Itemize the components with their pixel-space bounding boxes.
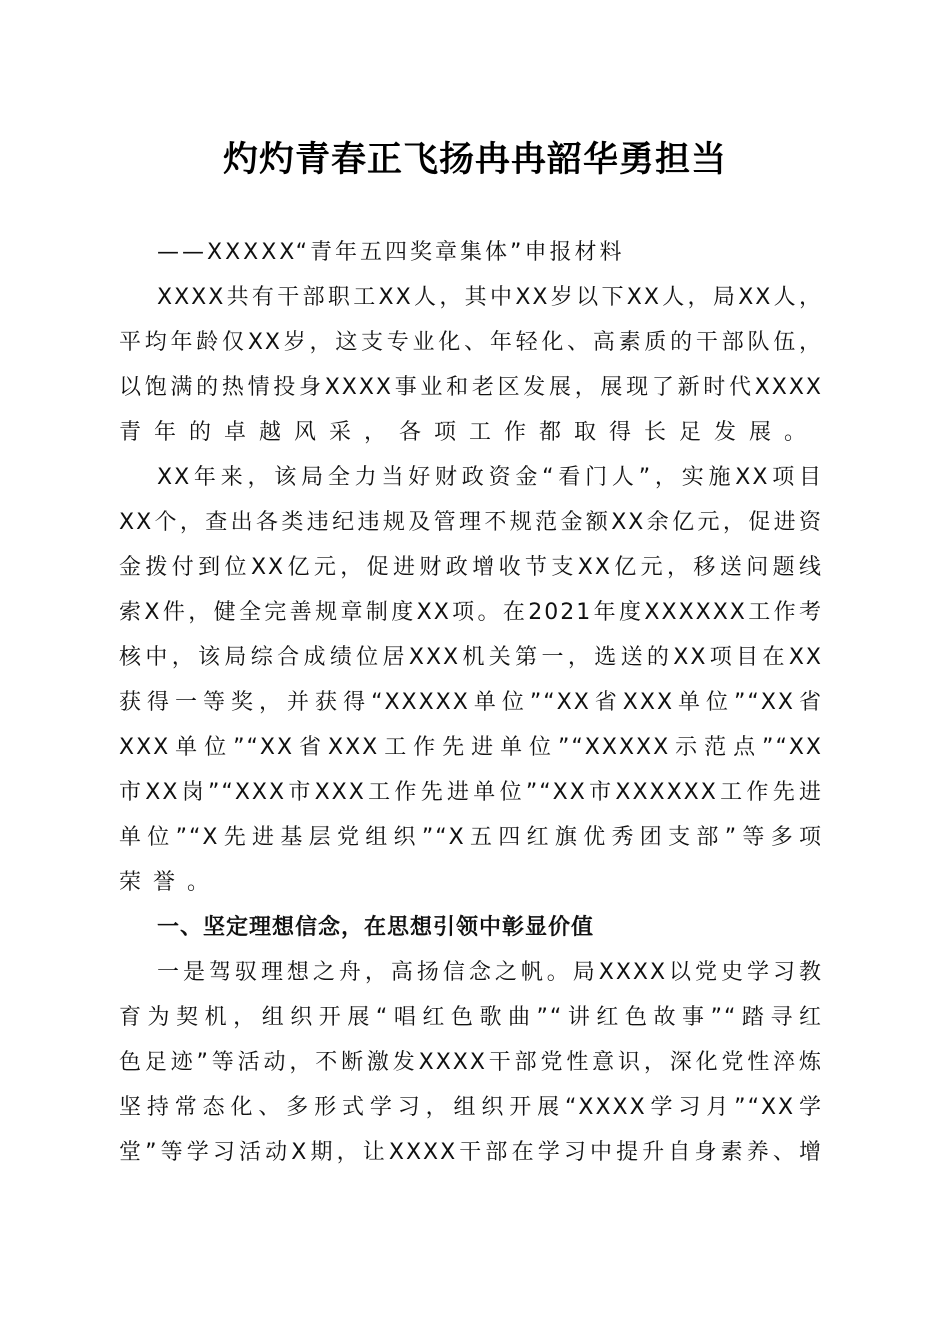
paragraph-line: 市XX岗”“XXX市XXX工作先进单位”“XX市XXXXXX工作先进 xyxy=(119,770,823,815)
document-title: 灼灼青春正飞扬冉冉韶华勇担当 xyxy=(0,134,950,186)
paragraph-line: 索X件，健全完善规章制度XX项。在2021年度XXXXXX工作考 xyxy=(119,590,823,635)
paragraph-line: 单位”“X先进基层党组织”“X五四红旗优秀团支部”等多项 xyxy=(119,815,823,860)
paragraph-line: 育为契机，组织开展“唱红色歌曲”“讲红色故事”“踏寻红 xyxy=(119,995,823,1040)
paragraph-line: 坚持常态化、多形式学习，组织开展“XXXX学习月”“XX学 xyxy=(119,1085,823,1130)
paragraph-ideals: 一是驾驭理想之舟，高扬信念之帆。局XXXX以党史学习教 育为契机，组织开展“唱红… xyxy=(119,950,823,1175)
paragraph-line: 平均年龄仅XX岁，这支专业化、年轻化、高素质的干部队伍， xyxy=(119,320,823,365)
paragraph-line: XXX单位”“XX省XXX工作先进单位”“XXXXX示范点”“XX xyxy=(119,725,823,770)
paragraph-staff-overview: XXXX共有干部职工XX人，其中XX岁以下XX人，局XX人， 平均年龄仅XX岁，… xyxy=(119,275,823,455)
paragraph-line: 获得一等奖，并获得“XXXXX单位”“XX省XXX单位”“XX省 xyxy=(119,680,823,725)
paragraph-line: 核中，该局综合成绩位居XXX机关第一，选送的XX项目在XX xyxy=(119,635,823,680)
paragraph-line: XX个，查出各类违纪违规及管理不规范金额XX余亿元，促进资 xyxy=(119,500,823,545)
paragraph-line: XX年来，该局全力当好财政资金“看门人”，实施XX项目 xyxy=(119,455,823,500)
document-page: 灼灼青春正飞扬冉冉韶华勇担当 ——XXXXX“青年五四奖章集体”申报材料 XXX… xyxy=(0,0,950,1344)
paragraph-line: 一是驾驭理想之舟，高扬信念之帆。局XXXX以党史学习教 xyxy=(119,950,823,995)
section-heading: 一、坚定理想信念，在思想引领中彰显价值 xyxy=(119,905,823,950)
paragraph-line: 荣誉。 xyxy=(119,860,823,905)
paragraph-line: 堂”等学习活动X期，让XXXX干部在学习中提升自身素养、增 xyxy=(119,1130,823,1175)
paragraph-line: 青年的卓越风采，各项工作都取得长足发展。 xyxy=(119,410,823,455)
document-body: ——XXXXX“青年五四奖章集体”申报材料 XXXX共有干部职工XX人，其中XX… xyxy=(119,230,823,1175)
paragraph-line: 金拨付到位XX亿元，促进财政增收节支XX亿元，移送问题线 xyxy=(119,545,823,590)
paragraph-line: 色足迹”等活动，不断激发XXXX干部党性意识，深化党性淬炼 xyxy=(119,1040,823,1085)
paragraph-achievements: XX年来，该局全力当好财政资金“看门人”，实施XX项目 XX个，查出各类违纪违规… xyxy=(119,455,823,905)
paragraph-line: XXXX共有干部职工XX人，其中XX岁以下XX人，局XX人， xyxy=(119,275,823,320)
document-subtitle: ——XXXXX“青年五四奖章集体”申报材料 xyxy=(119,230,823,275)
paragraph-line: 以饱满的热情投身XXXX事业和老区发展，展现了新时代XXXX xyxy=(119,365,823,410)
